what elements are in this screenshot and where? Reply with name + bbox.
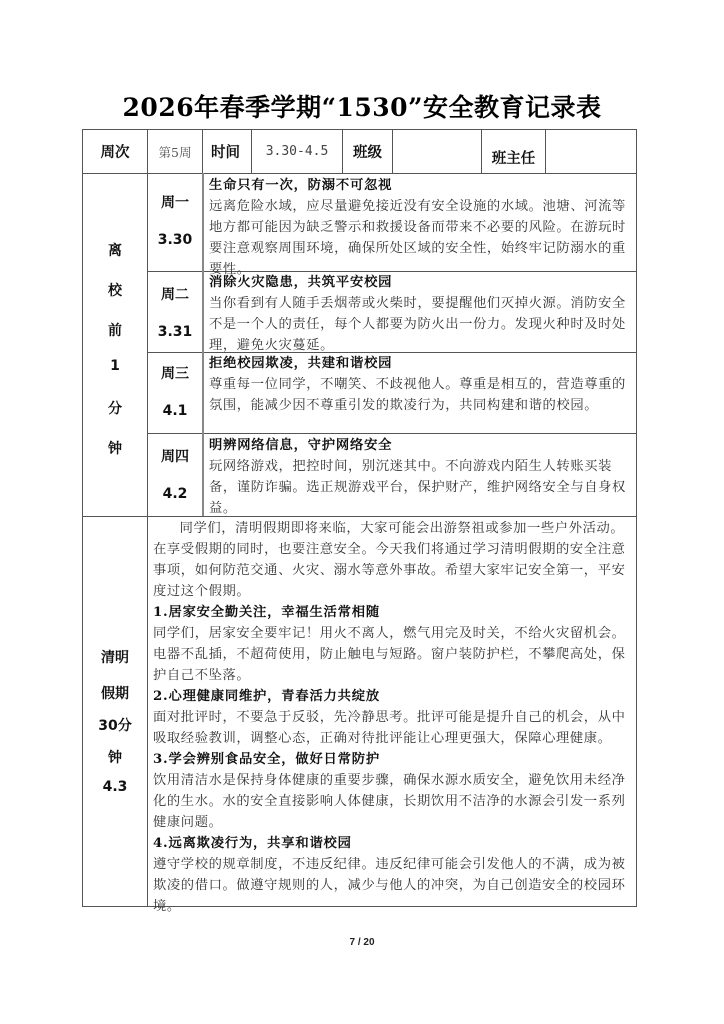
day-content-wednesday: 拒绝校园欺凌，共建和谐校园 尊重每一位同学，不嘲笑、不歧视他人。尊重是相互的，营…	[209, 353, 633, 416]
label-char: 钟	[83, 438, 147, 458]
teacher-label: 班主任	[482, 136, 545, 179]
topic-heading: 拒绝校园欺凌，共建和谐校园	[209, 353, 633, 374]
page-number: 7 / 20	[0, 937, 724, 948]
item-heading: 2.心理健康同维护，青春活力共绽放	[153, 686, 634, 707]
label-line: 假期	[83, 683, 147, 703]
day-cell-thursday: 周四 4.2	[148, 434, 202, 516]
label-char: 校	[83, 280, 147, 300]
section-label-before-school: 离 校 前 1 分 钟	[83, 174, 147, 516]
item-heading: 1.居家安全勤关注，幸福生活常相随	[153, 602, 634, 623]
row-divider	[147, 433, 637, 434]
topic-body: 尊重每一位同学，不嘲笑、不歧视他人。尊重是相互的，营造尊重的氛围，能减少因不尊重…	[209, 374, 633, 416]
section-label-holiday: 清明 假期 30分 钟 4.3	[83, 517, 147, 906]
item-body: 饮用清洁水是保持身体健康的重要步骤，确保水源水质安全，避免饮用未经净化的生水。水…	[153, 770, 634, 833]
week-label: 周次	[83, 130, 147, 173]
column-divider	[202, 173, 204, 516]
holiday-content: 同学们，清明假期即将来临，大家可能会出游祭祖或参加一些户外活动。在享受假期的同时…	[153, 518, 634, 917]
topic-body: 远离危险水域，应尽量避免接近没有安全设施的水域。池塘、河流等地方都可能因为缺乏警…	[209, 196, 633, 280]
day-name: 周一	[148, 192, 202, 212]
label-line: 钟	[83, 747, 147, 767]
item-body: 面对批评时，不要急于反驳，先冷静思考。批评可能是提升自己的机会，从中吸取经验教训…	[153, 707, 634, 749]
topic-body: 玩网络游戏，把控时间，别沉迷其中。不向游戏内陌生人转账买装备，谨防诈骗。选正规游…	[209, 456, 633, 519]
day-content-thursday: 明辨网络信息，守护网络安全 玩网络游戏，把控时间，别沉迷其中。不向游戏内陌生人转…	[209, 435, 633, 519]
item-body: 遵守学校的规章制度，不违反纪律。违反纪律可能会引发他人的不满，成为被欺凌的借口。…	[153, 854, 634, 917]
label-line: 4.3	[83, 779, 147, 795]
topic-body: 当你看到有人随手丢烟蒂或火柴时，要提醒他们灭掉火源。消防安全不是一个人的责任，每…	[209, 293, 633, 356]
label-char: 分	[83, 398, 147, 418]
day-date: 3.31	[148, 324, 202, 340]
item-heading: 3.学会辨别食品安全，做好日常防护	[153, 749, 634, 770]
topic-heading: 消除火灾隐患，共筑平安校园	[209, 272, 633, 293]
label-char: 离	[83, 240, 147, 260]
day-cell-monday: 周一 3.30	[148, 174, 202, 271]
day-content-monday: 生命只有一次，防溺不可忽视 远离危险水域，应尽量避免接近没有安全设施的水域。池塘…	[209, 175, 633, 280]
item-body: 同学们，居家安全要牢记！用火不离人，燃气用完及时关，不给火灾留机会。电器不乱插，…	[153, 623, 634, 686]
item-heading: 4.远离欺凌行为，共享和谐校园	[153, 833, 634, 854]
time-value: 3.30-4.5	[252, 130, 342, 173]
day-cell-wednesday: 周三 4.1	[148, 353, 202, 433]
holiday-intro: 同学们，清明假期即将来临，大家可能会出游祭祖或参加一些户外活动。在享受假期的同时…	[153, 518, 634, 602]
label-char: 1	[83, 358, 147, 374]
day-name: 周四	[148, 446, 202, 466]
day-name: 周二	[148, 284, 202, 304]
label-line: 30分	[83, 715, 147, 735]
class-label: 班级	[343, 130, 392, 173]
teacher-field[interactable]	[546, 130, 636, 173]
day-name: 周三	[148, 363, 202, 383]
topic-heading: 生命只有一次，防溺不可忽视	[209, 175, 633, 196]
day-cell-tuesday: 周二 3.31	[148, 272, 202, 352]
day-content-tuesday: 消除火灾隐患，共筑平安校园 当你看到有人随手丢烟蒂或火柴时，要提醒他们灭掉火源。…	[209, 272, 633, 356]
label-line: 清明	[83, 647, 147, 667]
day-date: 3.30	[148, 232, 202, 248]
topic-heading: 明辨网络信息，守护网络安全	[209, 435, 633, 456]
time-label: 时间	[203, 130, 251, 173]
week-value: 第5周	[148, 130, 202, 173]
day-date: 4.1	[148, 403, 202, 419]
document-title: 2026年春季学期“1530”安全教育记录表	[0, 88, 724, 124]
table-border-right	[636, 129, 637, 906]
label-char: 前	[83, 320, 147, 340]
class-field[interactable]	[393, 130, 481, 173]
day-date: 4.2	[148, 486, 202, 502]
